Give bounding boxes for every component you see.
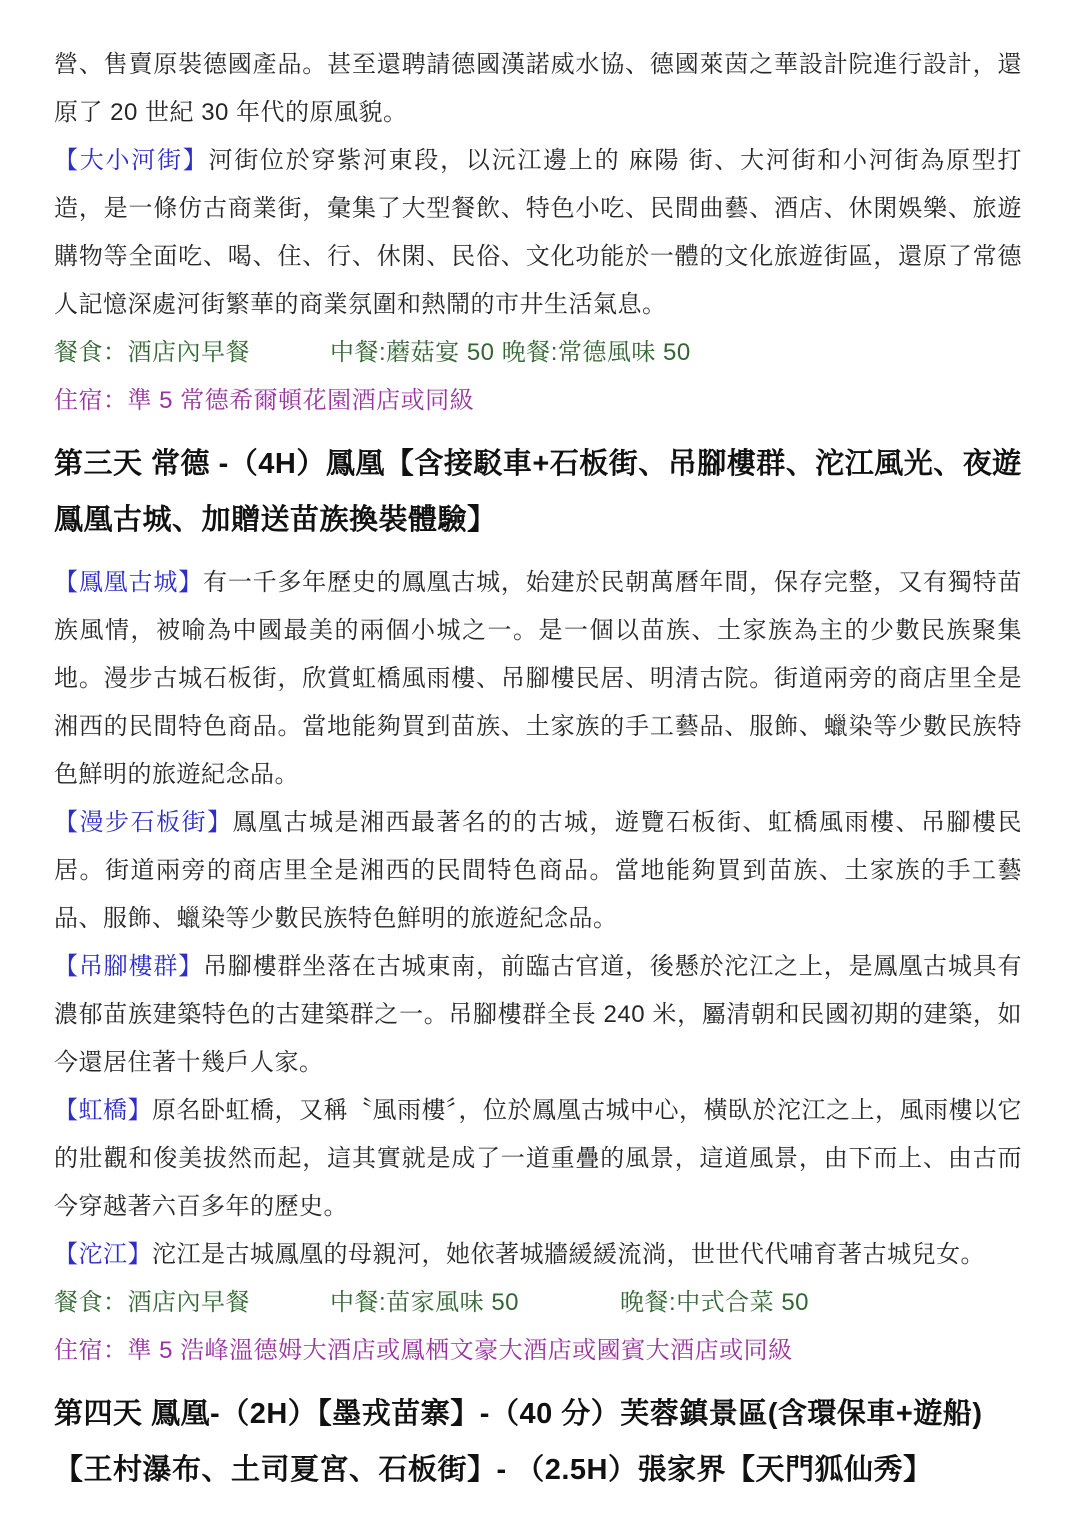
spot-label-tuojiang: 【沱江】 (54, 1241, 152, 1268)
spot-paragraph-manbu-shibanjie: 【漫步石板街】鳳凰古城是湘西最著名的的古城，遊覽石板街、虹橋風雨樓、吊腳樓民居。… (54, 799, 1022, 943)
spot-paragraph-hongqiao: 【虹橋】原名卧虹橋，又稱〝風雨樓〞，位於鳳凰古城中心，橫臥於沱江之上，風雨樓以它… (54, 1087, 1022, 1231)
spot-label-fenghuang-gucheng: 【鳳凰古城】 (54, 569, 203, 596)
day2-lodging-row: 住宿：準 5 常德希爾頓花園酒店或同級 (54, 377, 1022, 425)
day2-continuation-text: 營、售賣原裝德國產品。甚至還聘請德國漢諾威水協、德國萊茵之華設計院進行設計，還原… (54, 51, 1022, 126)
spot-paragraph-fenghuang-gucheng: 【鳳凰古城】有一千多年歷史的鳳凰古城，始建於民朝萬曆年間，保存完整，又有獨特苗族… (54, 559, 1022, 799)
day3-breakfast-label: 餐食：酒店內早餐 (54, 1279, 330, 1327)
spot-text-tuojiang: 沱江是古城鳳凰的母親河，她依著城牆緩緩流淌，世世代代哺育著古城兒女。 (152, 1241, 985, 1268)
day4-heading-line1: 第四天 鳳凰-（2H）【墨戎苗寨】-（40 分）芙蓉鎮景區(含環保車+遊船) (54, 1386, 1022, 1442)
spot-paragraph-daxiaohejie: 【大小河街】河街位於穿紫河東段，以沅江邊上的 麻陽 街、大河街和小河街為原型打造… (54, 137, 1022, 329)
day2-continuation-paragraph: 營、售賣原裝德國產品。甚至還聘請德國漢諾威水協、德國萊茵之華設計院進行設計，還原… (54, 41, 1022, 137)
spot-label-hongqiao: 【虹橋】 (54, 1097, 152, 1124)
spot-label-diaojiaolouqun: 【吊腳樓群】 (54, 953, 203, 980)
day2-breakfast-label: 餐食：酒店內早餐 (54, 329, 330, 377)
day2-lunch-dinner-label: 中餐:蘑菇宴 50 晚餐:常德風味 50 (330, 329, 691, 377)
day3-heading-line2: 鳳凰古城、加贈送苗族換裝體驗】 (54, 492, 1022, 548)
spot-text-hongqiao: 原名卧虹橋，又稱〝風雨樓〞，位於鳳凰古城中心，橫臥於沱江之上，風雨樓以它的壯觀和… (54, 1097, 1022, 1220)
itinerary-document-page: 營、售賣原裝德國產品。甚至還聘請德國漢諾威水協、德國萊茵之華設計院進行設計，還原… (0, 0, 1076, 1521)
spot-text-fenghuang-gucheng: 有一千多年歷史的鳳凰古城，始建於民朝萬曆年間，保存完整，又有獨特苗族風情，被喻為… (54, 569, 1022, 788)
spot-label-manbu-shibanjie: 【漫步石板街】 (54, 809, 233, 836)
day3-lodging-row: 住宿：準 5 浩峰溫德姆大酒店或鳳栖文豪大酒店或國賓大酒店或同級 (54, 1327, 1022, 1375)
day4-heading-line2: 【王村瀑布、土司夏宮、石板街】- （2.5H）張家界【天門狐仙秀】 (54, 1442, 1022, 1498)
spot-paragraph-tuojiang: 【沱江】沱江是古城鳳凰的母親河，她依著城牆緩緩流淌，世世代代哺育著古城兒女。 (54, 1231, 1022, 1279)
day3-heading: 第三天 常德 -（4H）鳳凰【含接駁車+石板街、吊腳樓群、沱江風光、夜遊 鳳凰古… (54, 436, 1022, 548)
day3-heading-line1: 第三天 常德 -（4H）鳳凰【含接駁車+石板街、吊腳樓群、沱江風光、夜遊 (54, 436, 1022, 492)
day4-heading: 第四天 鳳凰-（2H）【墨戎苗寨】-（40 分）芙蓉鎮景區(含環保車+遊船) 【… (54, 1386, 1022, 1498)
day3-meals-row: 餐食：酒店內早餐 中餐:苗家風味 50 晚餐:中式合菜 50 (54, 1279, 1022, 1327)
day3-lunch-label: 中餐:苗家風味 50 (330, 1279, 620, 1327)
spot-label-daxiaohejie: 【大小河街】 (54, 147, 208, 174)
day2-meals-row: 餐食：酒店內早餐 中餐:蘑菇宴 50 晚餐:常德風味 50 (54, 329, 1022, 377)
spot-paragraph-diaojiaolouqun: 【吊腳樓群】吊腳樓群坐落在古城東南，前臨古官道，後懸於沱江之上，是鳳凰古城具有濃… (54, 943, 1022, 1087)
day3-dinner-label: 晚餐:中式合菜 50 (620, 1279, 809, 1327)
